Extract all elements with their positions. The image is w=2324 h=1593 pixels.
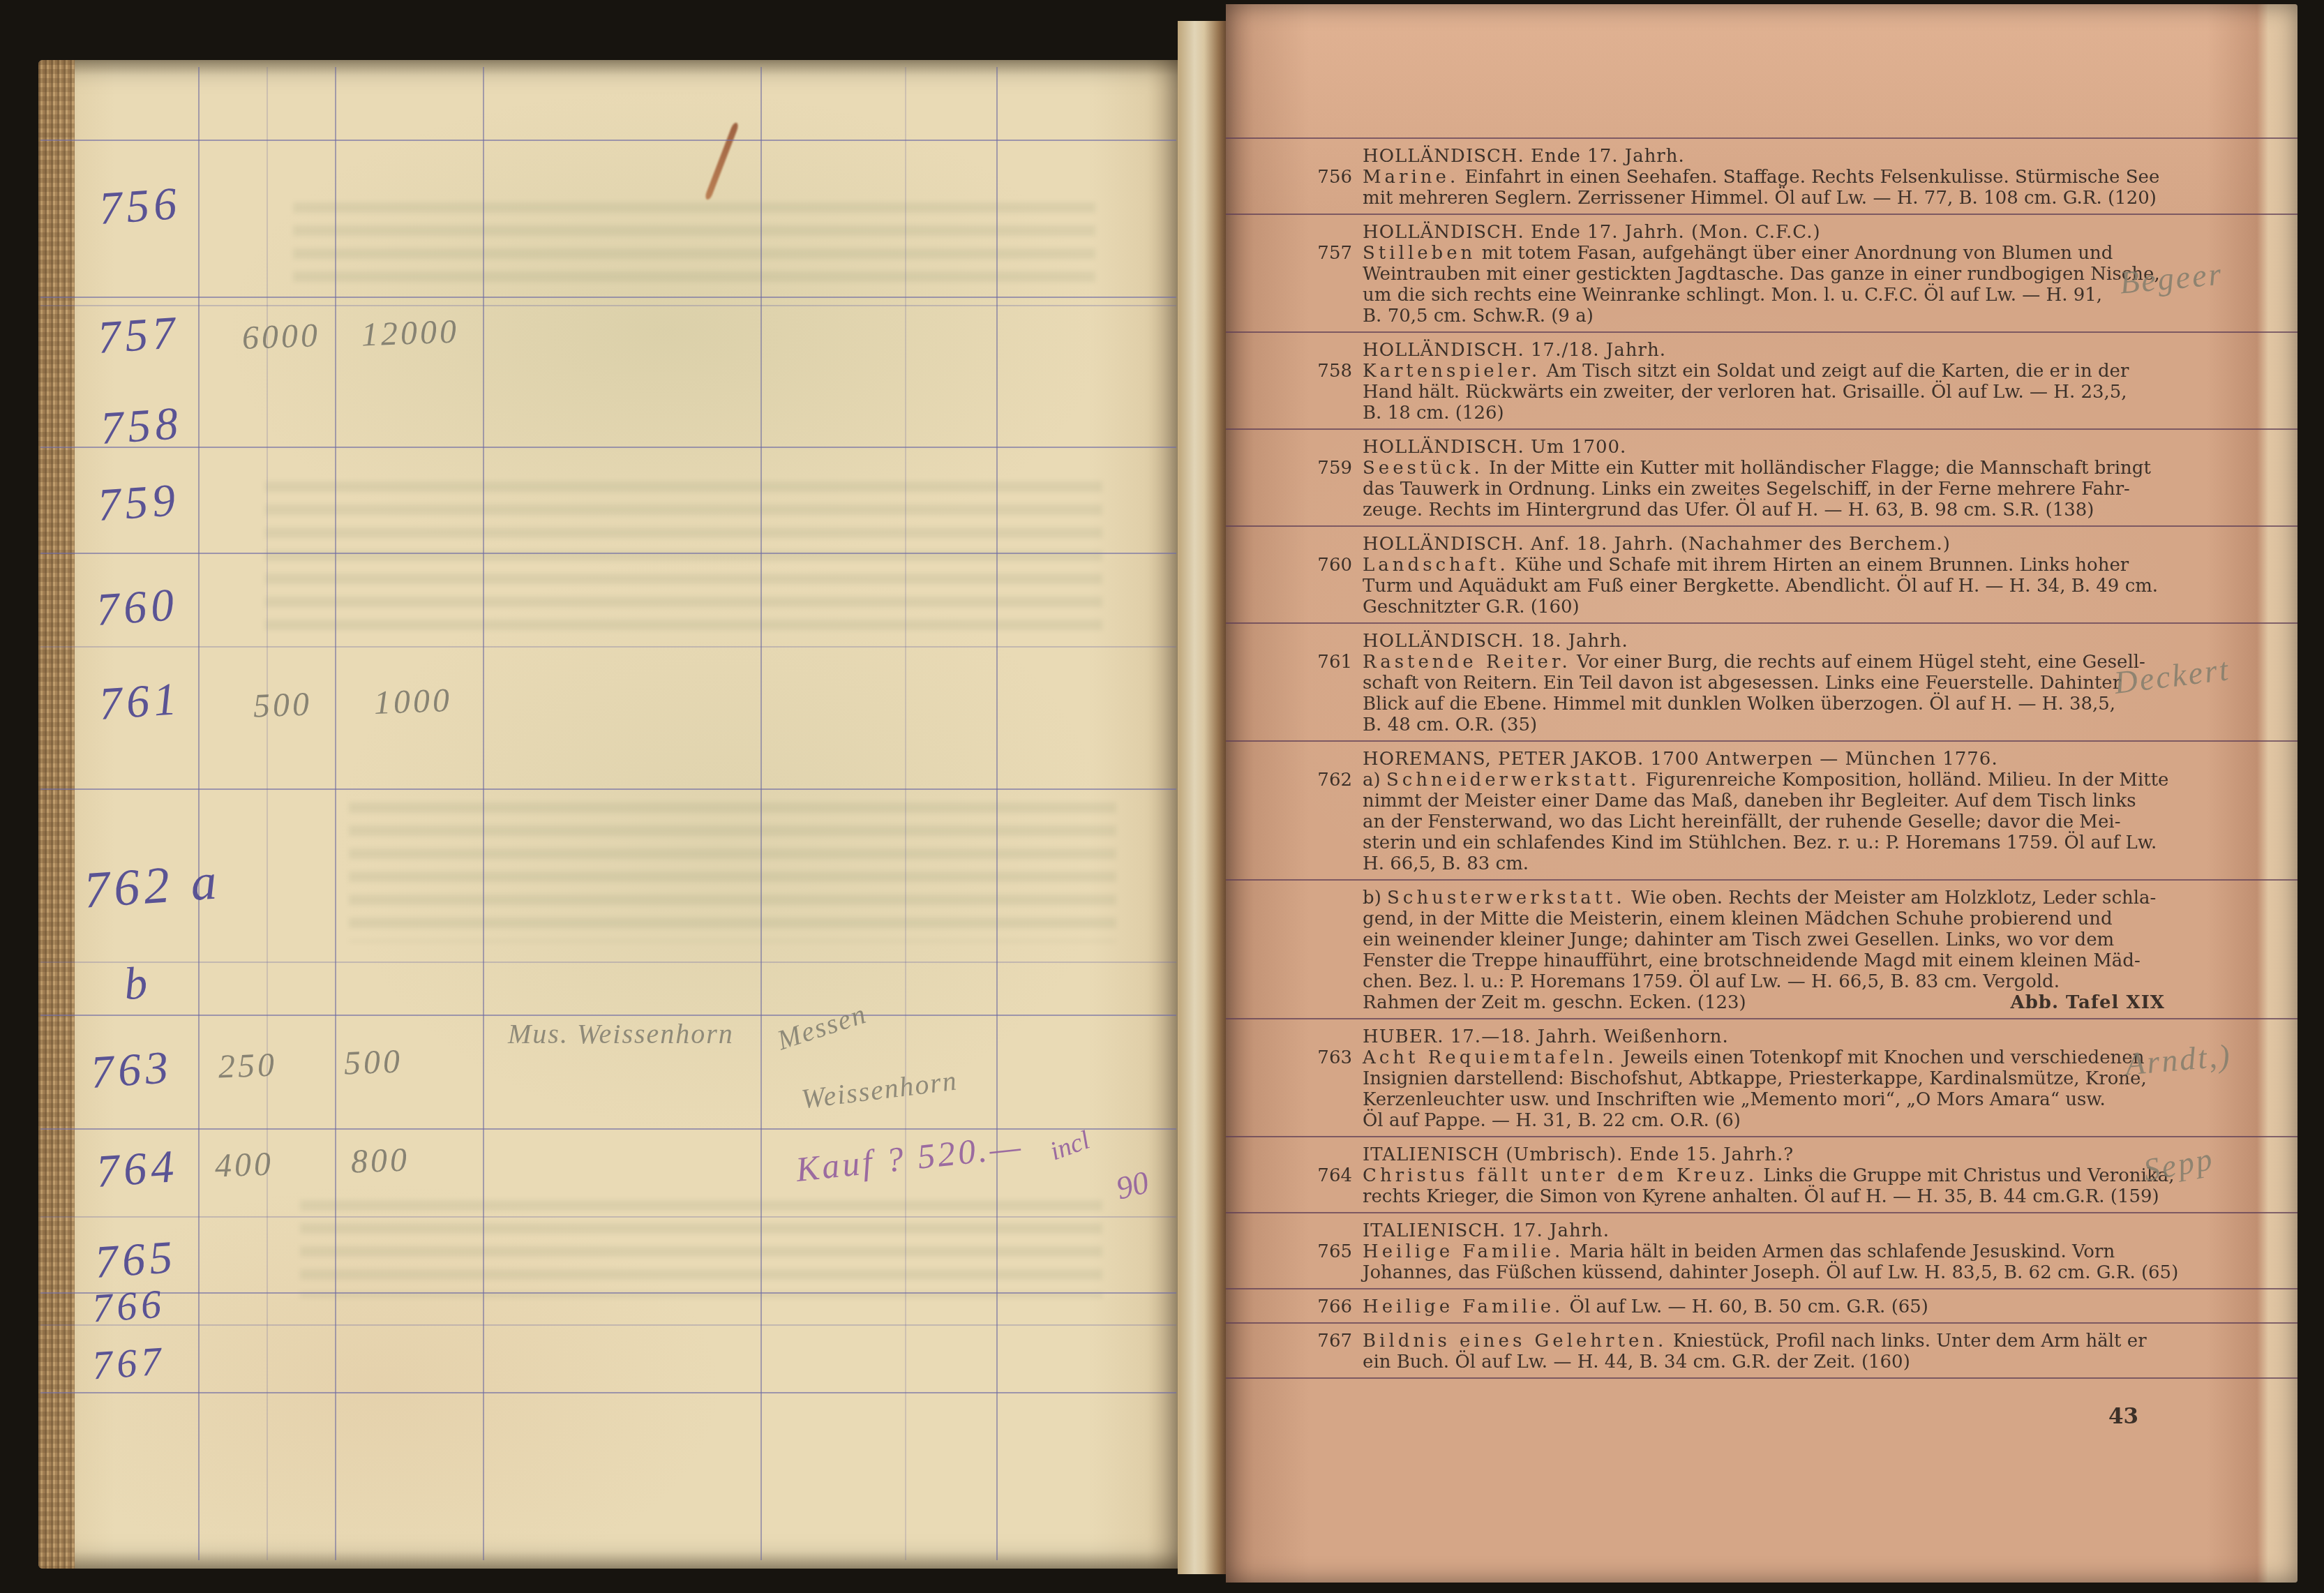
lot-title: Heilige Familie. — [1363, 1241, 1564, 1262]
lot-title: Marine. — [1363, 167, 1459, 188]
line-text: zeuge. Rechts im Hintergrund das Ufer. Ö… — [1363, 500, 2094, 521]
line-text: Rahmen der Zeit m. geschn. Ecken. (123) — [1363, 992, 1746, 1013]
grid-line-horizontal — [40, 1292, 1176, 1294]
grid-line-vertical — [760, 67, 762, 1560]
grid-line-vertical — [996, 67, 998, 1560]
entry-school-header: ITALIENISCH. 17. Jahrh. — [1363, 1220, 2165, 1241]
ledger-number: 761 — [97, 673, 182, 731]
lot-title: Rastende Reiter. — [1363, 652, 1571, 673]
lot-title: Bildnis eines Gelehrten. — [1363, 1331, 1667, 1352]
lot-number: 765 — [1317, 1241, 1352, 1262]
catalog-entry: ITALIENISCH (Umbrisch). Ende 15. Jahrh.?… — [1226, 1137, 2297, 1213]
line-text: Turm und Aquädukt am Fuß einer Bergkette… — [1363, 576, 2158, 597]
line-text: chen. Bez. l. u.: P. Horemans 1759. Öl a… — [1363, 971, 2060, 992]
ledger-number: 758 — [98, 397, 183, 456]
ledger-amount: 500 — [343, 1042, 403, 1083]
entry-line: b) Schusterwerkstatt. Wie oben. Rechts d… — [1363, 888, 2165, 908]
entry-line: Blick auf die Ebene. Himmel mit dunklen … — [1363, 694, 2165, 715]
entry-school-header: HOREMANS, PETER JAKOB. 1700 Antwerpen — … — [1363, 749, 2165, 770]
grid-line-horizontal — [40, 553, 1176, 554]
entry-line: Insignien darstellend: Bischofshut, Abtk… — [1363, 1068, 2165, 1089]
entry-lines: 767 Bildnis eines Gelehrten. Kniestück, … — [1363, 1331, 2165, 1373]
line-text: Kühe und Schafe mit ihrem Hirten an eine… — [1515, 555, 2129, 576]
line-text: Kniestück, Profil nach links. Unter dem … — [1673, 1331, 2147, 1352]
ledger-number: 757 — [96, 306, 181, 365]
entry-line: Öl auf Pappe. — H. 31, B. 22 cm. O.R. (6… — [1363, 1110, 2165, 1131]
line-text: mit mehreren Seglern. Zerrissener Himmel… — [1363, 188, 2157, 209]
line-text: Hand hält. Rückwärts ein zweiter, der ve… — [1363, 382, 2127, 403]
entry-school-header: HUBER. 17.—18. Jahrh. Weißenhorn. — [1363, 1026, 2165, 1047]
ledger-amount: 6000 — [241, 316, 321, 357]
lot-title: Acht Requiemtafeln. — [1363, 1047, 1617, 1068]
line-text: In der Mitte ein Kutter mit holländische… — [1489, 458, 2151, 479]
entry-line: 757 Stilleben mit totem Fasan, aufgehäng… — [1363, 243, 2165, 264]
grid-line-horizontal — [40, 1015, 1176, 1016]
entry-line: schaft von Reitern. Ein Teil davon ist a… — [1363, 673, 2165, 694]
entry-line: zeuge. Rechts im Hintergrund das Ufer. Ö… — [1363, 500, 2165, 521]
entry-line: um die sich rechts eine Weinranke schlin… — [1363, 285, 2165, 306]
ledger-number: 764 — [94, 1140, 179, 1199]
ledger-amount: 800 — [350, 1141, 410, 1181]
catalog-entry: 767 Bildnis eines Gelehrten. Kniestück, … — [1226, 1324, 2297, 1379]
lot-title: Kartenspieler. — [1363, 361, 1540, 382]
line-prefix: b) — [1363, 888, 1387, 908]
grid-line-vertical — [267, 67, 268, 1560]
entry-line: ein weinender kleiner Junge; dahinter am… — [1363, 929, 2165, 950]
line-text: gend, in der Mitte die Meisterin, einem … — [1363, 908, 2113, 929]
entry-lines: 760 Landschaft. Kühe und Schafe mit ihre… — [1363, 555, 2165, 618]
grid-line-horizontal — [40, 140, 1176, 141]
lot-number: 759 — [1317, 458, 1352, 479]
grid-line-horizontal — [40, 788, 1176, 790]
line-text: Jeweils einen Totenkopf mit Knochen und … — [1623, 1047, 2144, 1068]
ledger-number: b — [122, 957, 153, 1012]
entry-line: Kerzenleuchter usw. und Inschriften wie … — [1363, 1089, 2165, 1110]
line-text: rechts Krieger, die Simon von Kyrene anh… — [1363, 1186, 2159, 1207]
lot-number: 762 — [1317, 770, 1352, 791]
line-text: Öl auf Lw. — H. 60, B. 50 cm. G.R. (65) — [1570, 1296, 1928, 1317]
entry-school-header: HOLLÄNDISCH. Um 1700. — [1363, 437, 2165, 458]
grid-line-horizontal — [40, 962, 1176, 963]
line-text: Maria hält in beiden Armen das schlafend… — [1570, 1241, 2115, 1262]
grid-line-horizontal — [40, 297, 1176, 298]
ledger-amount: 12000 — [361, 313, 460, 354]
line-text: nimmt der Meister einer Dame das Maß, da… — [1363, 791, 2136, 812]
line-text: Fenster die Treppe hinaufführt, eine bro… — [1363, 950, 2141, 971]
grid-line-vertical — [483, 67, 484, 1560]
line-text: Links die Gruppe mit Christus und Veroni… — [1763, 1165, 2174, 1186]
ledger-number: 759 — [96, 474, 181, 532]
catalog-page: HOLLÄNDISCH. Ende 17. Jahrh. 756 Marine.… — [1226, 4, 2297, 1583]
entry-lines: b) Schusterwerkstatt. Wie oben. Rechts d… — [1363, 888, 2165, 1013]
ledger-number: 763 — [89, 1041, 174, 1100]
lot-number: 756 — [1317, 167, 1352, 188]
catalog-entry: HOLLÄNDISCH. Um 1700. 759 Seestück. In d… — [1226, 430, 2297, 527]
entry-line: an der Fensterwand, wo das Licht hereinf… — [1363, 812, 2165, 832]
grid-line-vertical — [905, 67, 906, 1560]
catalog-entries: HOLLÄNDISCH. Ende 17. Jahrh. 756 Marine.… — [1226, 137, 2297, 1379]
ledger-number: 765 — [93, 1231, 178, 1289]
entry-lines: 758 Kartenspieler. Am Tisch sitzt ein So… — [1363, 361, 2165, 424]
line-text: Am Tisch sitzt ein Soldat und zeigt auf … — [1546, 361, 2129, 382]
lot-title: Schneiderwerkstatt. — [1386, 770, 1640, 791]
page-number: 43 — [2108, 1404, 2138, 1429]
lot-title: Heilige Familie. — [1363, 1296, 1564, 1317]
entry-line: Geschnitzter G.R. (160) — [1363, 597, 2165, 618]
entry-line: Hand hält. Rückwärts ein zweiter, der ve… — [1363, 382, 2165, 403]
line-text: Johannes, das Füßchen küssend, dahinter … — [1363, 1262, 2178, 1283]
ledger-number: 760 — [94, 578, 179, 637]
lot-number: 763 — [1317, 1047, 1352, 1068]
entry-lines: 763 Acht Requiemtafeln. Jeweils einen To… — [1363, 1047, 2165, 1131]
ledger-number: 767 — [91, 1337, 167, 1389]
entry-line: H. 66,5, B. 83 cm. — [1363, 853, 2165, 874]
grid-line-horizontal — [40, 305, 1176, 306]
entry-school-header: ITALIENISCH (Umbrisch). Ende 15. Jahrh.? — [1363, 1144, 2165, 1165]
line-text: Geschnitzter G.R. (160) — [1363, 597, 1580, 618]
catalog-entry: 766 Heilige Familie. Öl auf Lw. — H. 60,… — [1226, 1289, 2297, 1324]
entry-school-header: HOLLÄNDISCH. 18. Jahrh. — [1363, 631, 2165, 652]
line-text: an der Fensterwand, wo das Licht hereinf… — [1363, 812, 2120, 832]
entry-line: Johannes, das Füßchen küssend, dahinter … — [1363, 1262, 2165, 1283]
lot-title: Christus fällt unter dem Kreuz. — [1363, 1165, 1757, 1186]
ledger-amount: 250 — [218, 1046, 278, 1086]
entry-line: sterin und ein schlafendes Kind im Stühl… — [1363, 832, 2165, 853]
entry-line: 766 Heilige Familie. Öl auf Lw. — H. 60,… — [1363, 1296, 2165, 1317]
lot-title: Landschaft. — [1363, 555, 1509, 576]
ledger-number: 762 a — [82, 852, 223, 921]
grid-line-horizontal — [40, 447, 1176, 448]
entry-line: 759 Seestück. In der Mitte ein Kutter mi… — [1363, 458, 2165, 479]
lot-number: 760 — [1317, 555, 1352, 576]
ledger-amount: 1000 — [373, 681, 453, 722]
entry-line: 767 Bildnis eines Gelehrten. Kniestück, … — [1363, 1331, 2165, 1352]
entry-line: mit mehreren Seglern. Zerrissener Himmel… — [1363, 188, 2165, 209]
entry-line: 756 Marine. Einfahrt in einen Seehafen. … — [1363, 167, 2165, 188]
ledger-amount: 400 — [214, 1145, 274, 1186]
entry-line: 763 Acht Requiemtafeln. Jeweils einen To… — [1363, 1047, 2165, 1068]
catalog-entry: b) Schusterwerkstatt. Wie oben. Rechts d… — [1226, 881, 2297, 1019]
line-text: B. 18 cm. (126) — [1363, 403, 1504, 424]
entry-lines: 762 a) Schneiderwerkstatt. Figurenreiche… — [1363, 770, 2165, 874]
entry-lines: 756 Marine. Einfahrt in einen Seehafen. … — [1363, 167, 2165, 209]
entry-line: Abb. Tafel XIX Rahmen der Zeit m. geschn… — [1363, 992, 2165, 1013]
paper-show-through — [265, 481, 1102, 642]
entry-line: das Tauwerk in Ordnung. Links ein zweite… — [1363, 479, 2165, 500]
line-text: Einfahrt in einen Seehafen. Staffage. Re… — [1465, 167, 2160, 188]
line-text: Weintrauben mit einer gestickten Jagdtas… — [1363, 264, 2160, 285]
grid-line-horizontal — [40, 1324, 1176, 1326]
entry-line: 758 Kartenspieler. Am Tisch sitzt ein So… — [1363, 361, 2165, 382]
entry-line: gend, in der Mitte die Meisterin, einem … — [1363, 908, 2165, 929]
paper-show-through — [300, 1200, 1102, 1298]
line-text: Kerzenleuchter usw. und Inschriften wie … — [1363, 1089, 2106, 1110]
line-text: H. 66,5, B. 83 cm. — [1363, 853, 1529, 874]
lot-number: 758 — [1317, 361, 1352, 382]
entry-school-header: HOLLÄNDISCH. Anf. 18. Jahrh. (Nachahmer … — [1363, 534, 2165, 555]
ledger-number: 766 — [91, 1280, 167, 1331]
entry-lines: 764 Christus fällt unter dem Kreuz. Link… — [1363, 1165, 2165, 1207]
catalog-entry: HOLLÄNDISCH. Ende 17. Jahrh. 756 Marine.… — [1226, 139, 2297, 215]
line-text: Öl auf Pappe. — H. 31, B. 22 cm. O.R. (6… — [1363, 1110, 1741, 1131]
entry-lines: 766 Heilige Familie. Öl auf Lw. — H. 60,… — [1363, 1296, 2165, 1317]
line-text: mit totem Fasan, aufgehängt über einer A… — [1482, 243, 2113, 264]
entry-lines: 759 Seestück. In der Mitte ein Kutter mi… — [1363, 458, 2165, 521]
ledger-number: 756 — [97, 177, 182, 236]
entry-line: ein Buch. Öl auf Lw. — H. 44, B. 34 cm. … — [1363, 1352, 2165, 1373]
line-text: Figurenreiche Komposition, holländ. Mili… — [1646, 770, 2169, 791]
entry-school-header: HOLLÄNDISCH. 17./18. Jahrh. — [1363, 340, 2165, 361]
lot-title: Seestück. — [1363, 458, 1483, 479]
page-stack-edge — [38, 60, 75, 1569]
catalog-entry: HOLLÄNDISCH. 17./18. Jahrh. 758 Kartensp… — [1226, 333, 2297, 430]
entry-line: 764 Christus fällt unter dem Kreuz. Link… — [1363, 1165, 2165, 1186]
line-text: um die sich rechts eine Weinranke schlin… — [1363, 285, 2102, 306]
plate-reference: Abb. Tafel XIX — [2010, 992, 2165, 1013]
entry-line: chen. Bez. l. u.: P. Horemans 1759. Öl a… — [1363, 971, 2165, 992]
entry-line: Turm und Aquädukt am Fuß einer Bergkette… — [1363, 576, 2165, 597]
line-text: das Tauwerk in Ordnung. Links ein zweite… — [1363, 479, 2130, 500]
line-text: B. 70,5 cm. Schw.R. (9 a) — [1363, 306, 1594, 327]
paper-show-through — [293, 202, 1095, 293]
lot-number: 764 — [1317, 1165, 1352, 1186]
line-text: Insignien darstellend: Bischofshut, Abtk… — [1363, 1068, 2147, 1089]
paper-show-through — [349, 802, 1116, 942]
line-prefix: a) — [1363, 770, 1386, 791]
entry-line: 761 Rastende Reiter. Vor einer Burg, die… — [1363, 652, 2165, 673]
entry-line: Fenster die Treppe hinaufführt, eine bro… — [1363, 950, 2165, 971]
line-text: B. 48 cm. O.R. (35) — [1363, 715, 1537, 735]
entry-line: B. 48 cm. O.R. (35) — [1363, 715, 2165, 735]
entry-line: rechts Krieger, die Simon von Kyrene anh… — [1363, 1186, 2165, 1207]
entry-line: B. 18 cm. (126) — [1363, 403, 2165, 424]
line-text: Blick auf die Ebene. Himmel mit dunklen … — [1363, 694, 2115, 715]
entry-line: B. 70,5 cm. Schw.R. (9 a) — [1363, 306, 2165, 327]
entry-line: 762 a) Schneiderwerkstatt. Figurenreiche… — [1363, 770, 2165, 791]
entry-school-header: HOLLÄNDISCH. Ende 17. Jahrh. (Mon. C.F.C… — [1363, 222, 2165, 243]
grid-line-horizontal — [40, 1216, 1176, 1218]
entry-school-header: HOLLÄNDISCH. Ende 17. Jahrh. — [1363, 146, 2165, 167]
grid-line-vertical — [198, 67, 200, 1560]
line-text: ein Buch. Öl auf Lw. — H. 44, B. 34 cm. … — [1363, 1352, 1910, 1373]
entry-lines: 757 Stilleben mit totem Fasan, aufgehäng… — [1363, 243, 2165, 327]
catalog-entry: HOLLÄNDISCH. Anf. 18. Jahrh. (Nachahmer … — [1226, 527, 2297, 624]
entry-line: 765 Heilige Familie. Maria hält in beide… — [1363, 1241, 2165, 1262]
lot-title: Stilleben — [1363, 243, 1476, 264]
line-text: ein weinender kleiner Junge; dahinter am… — [1363, 929, 2114, 950]
entry-lines: 761 Rastende Reiter. Vor einer Burg, die… — [1363, 652, 2165, 735]
entry-lines: 765 Heilige Familie. Maria hält in beide… — [1363, 1241, 2165, 1283]
book-gutter-fold — [1178, 21, 1226, 1574]
entry-line: Weintrauben mit einer gestickten Jagdtas… — [1363, 264, 2165, 285]
catalog-entry: HOREMANS, PETER JAKOB. 1700 Antwerpen — … — [1226, 742, 2297, 881]
ledger-amount: 500 — [253, 685, 313, 726]
grid-line-horizontal — [40, 1392, 1176, 1393]
grid-line-vertical — [335, 67, 336, 1560]
grid-line-horizontal — [40, 646, 1176, 648]
lot-number: 761 — [1317, 652, 1352, 673]
lot-number: 766 — [1317, 1296, 1352, 1317]
entry-line: nimmt der Meister einer Dame das Maß, da… — [1363, 791, 2165, 812]
entry-line: 760 Landschaft. Kühe und Schafe mit ihre… — [1363, 555, 2165, 576]
line-text: Wie oben. Rechts der Meister am Holzklot… — [1631, 888, 2156, 908]
lot-number: 767 — [1317, 1331, 1352, 1352]
line-text: schaft von Reitern. Ein Teil davon ist a… — [1363, 673, 2121, 694]
line-text: sterin und ein schlafendes Kind im Stühl… — [1363, 832, 2157, 853]
catalog-entry: ITALIENISCH. 17. Jahrh. 765 Heilige Fami… — [1226, 1213, 2297, 1289]
lot-number: 757 — [1317, 243, 1352, 264]
line-text: Vor einer Burg, die rechts auf einem Hüg… — [1577, 652, 2145, 673]
lot-title: Schusterwerkstatt. — [1387, 888, 1626, 908]
scanned-book-spread: 756 757 758 759 760 761 762 a b 763 764 … — [0, 0, 2324, 1593]
ledger-pencil-note: Mus. Weissenhorn — [508, 1017, 734, 1050]
